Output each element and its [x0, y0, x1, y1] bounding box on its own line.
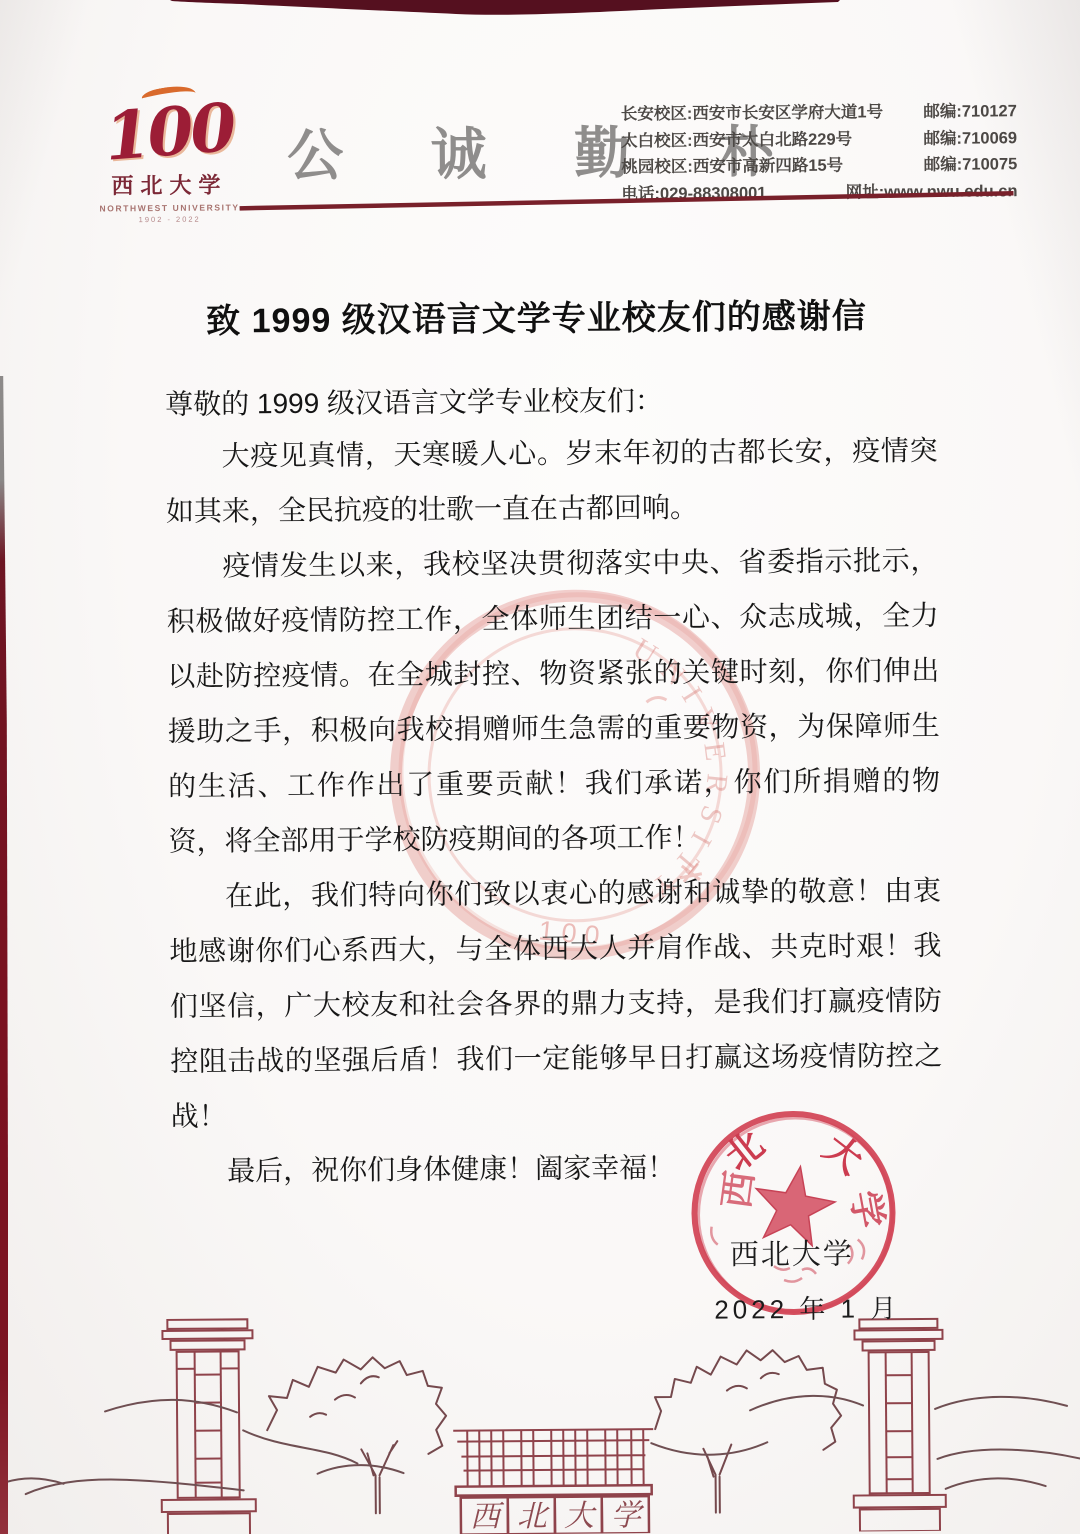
gate-sign-char: 大: [564, 1499, 597, 1534]
signature-date: 2022 年 1 月: [714, 1288, 900, 1326]
right-tree: [655, 1350, 842, 1513]
gate-sign-calligraphy: 西 北 大 学: [470, 1498, 645, 1534]
letter-paragraph: 最后，祝你们身体健康！阖家幸福！: [171, 1138, 943, 1199]
right-gate-pillar: [852, 1319, 946, 1532]
header-rule-line: [0, 0, 1076, 224]
gate-name-sign: [456, 1485, 652, 1534]
letter-paragraph: 疫情发生以来，我校坚决贯彻落实中央、省委指示批示，积极做好疫情防控工作，全体师生…: [166, 533, 941, 869]
footer-campus-line-art: 西 北 大 学: [4, 1290, 1080, 1534]
signature-university-name: 西北大学: [730, 1232, 854, 1274]
seal-ring-char: 学: [842, 1188, 890, 1232]
scanned-letter-page: 100 西北大学 NORTHWEST UNIVERSITY 1902 - 202…: [0, 0, 1080, 1534]
letter-title: 致 1999 级汉语言文学专业校友们的感谢信: [0, 287, 1077, 344]
gate-sign-char: 西: [470, 1499, 505, 1534]
header-rule: [240, 193, 1014, 208]
left-gate-pillar: [160, 1319, 256, 1534]
gate-sign-char: 北: [517, 1499, 550, 1534]
letter-body: 大疫见真情，天寒暖人心。岁末年初的古都长安，疫情突如其来，全民抗疫的壮歌一直在古…: [165, 423, 943, 1199]
letter-salutation: 尊敬的 1999 级汉语言文学专业校友们：: [165, 379, 663, 423]
left-tree: [267, 1357, 447, 1514]
hill-outlines: [5, 1393, 1080, 1497]
letter-paragraph: 在此，我们特向你们致以衷心的感谢和诚挚的敬意！由衷地感谢你们心系西大，与全体西大…: [169, 863, 943, 1144]
gate-sign-char: 学: [611, 1498, 645, 1533]
letter-paragraph: 大疫见真情，天寒暖人心。岁末年初的古都长安，疫情突如其来，全民抗疫的壮歌一直在古…: [165, 423, 938, 539]
letter-content: 100 西北大学 NORTHWEST UNIVERSITY 1902 - 202…: [0, 0, 1080, 1534]
gate-trellis: [453, 1429, 653, 1487]
